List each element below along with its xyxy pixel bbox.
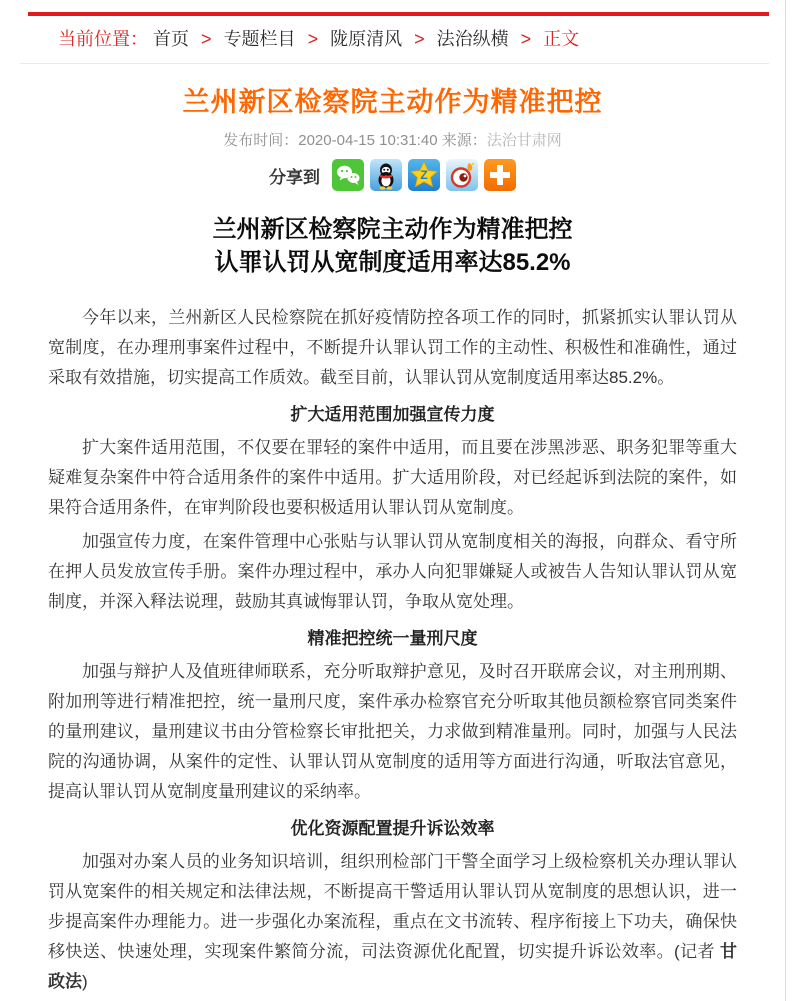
share-label: 分享到	[269, 163, 320, 188]
share-more-icon[interactable]	[484, 159, 516, 191]
paragraph-text: 加强对办案人员的业务知识培训，组织刑检部门干警全面学习上级检察机关办理认罪认罚从…	[48, 852, 737, 961]
article-heading-line2: 认罪认罚从宽制度适用率达85.2%	[0, 246, 785, 279]
page-title: 兰州新区检察院主动作为精准把控	[0, 80, 785, 119]
section-heading: 精准把控统一量刑尺度	[48, 627, 737, 651]
share-bar: 分享到	[0, 159, 785, 191]
paragraph: 加强与辩护人及值班律师联系，充分听取辩护意见，及时召开联席会议，对主刑刑期、附加…	[48, 657, 737, 807]
breadcrumb-separator: >	[201, 29, 212, 49]
paragraph: 加强宣传力度，在案件管理中心张贴与认罪认罚从宽制度相关的海报，向群众、看守所在押…	[48, 527, 737, 617]
source-label: 来源：	[442, 132, 487, 149]
breadcrumb-separator: >	[308, 29, 319, 49]
qzone-share-icon[interactable]: Z	[408, 159, 440, 191]
qq-share-icon[interactable]	[370, 159, 402, 191]
breadcrumb-item-topics[interactable]: 专题栏目	[224, 29, 296, 49]
section-heading: 优化资源配置提升诉讼效率	[48, 817, 737, 841]
breadcrumb-label: 当前位置：	[58, 29, 148, 49]
article-meta: 发布时间：2020-04-15 10:31:40 来源：法治甘肃网	[0, 129, 785, 150]
svg-text:Z: Z	[420, 168, 427, 182]
breadcrumb-separator: >	[521, 29, 532, 49]
source-name: 法治甘肃网	[487, 132, 562, 149]
article-page: 当前位置： 首页 > 专题栏目 > 陇原清风 > 法治纵横 > 正文 兰州新区检…	[0, 0, 786, 1001]
breadcrumb-item-fazhi[interactable]: 法治纵横	[437, 29, 509, 49]
paragraph: 扩大案件适用范围，不仅要在罪轻的案件中适用，而且要在涉黑涉恶、职务犯罪等重大疑难…	[48, 433, 737, 523]
paragraph-with-byline: 加强对办案人员的业务知识培训，组织刑检部门干警全面学习上级检察机关办理认罪认罚从…	[48, 847, 737, 997]
byline-close: )	[82, 972, 88, 991]
paragraph: 今年以来，兰州新区人民检察院在抓好疫情防控各项工作的同时，抓紧抓实认罪认罚从宽制…	[48, 303, 737, 393]
section-heading: 扩大适用范围加强宣传力度	[48, 403, 737, 427]
article-body: 今年以来，兰州新区人民检察院在抓好疫情防控各项工作的同时，抓紧抓实认罪认罚从宽制…	[48, 303, 737, 997]
wechat-share-icon[interactable]	[332, 159, 364, 191]
article-heading-line1: 兰州新区检察院主动作为精准把控	[0, 213, 785, 246]
byline: (记者	[674, 942, 720, 961]
article-heading: 兰州新区检察院主动作为精准把控 认罪认罚从宽制度适用率达85.2%	[0, 213, 785, 279]
breadcrumb-item-current: 正文	[543, 29, 579, 49]
publish-label: 发布时间：	[223, 132, 298, 149]
publish-time: 2020-04-15 10:31:40	[298, 132, 437, 149]
breadcrumb-item-home[interactable]: 首页	[153, 29, 189, 49]
breadcrumb: 当前位置： 首页 > 专题栏目 > 陇原清风 > 法治纵横 > 正文	[20, 16, 769, 64]
breadcrumb-item-longyuan[interactable]: 陇原清风	[330, 29, 402, 49]
breadcrumb-separator: >	[414, 29, 425, 49]
weibo-share-icon[interactable]	[446, 159, 478, 191]
